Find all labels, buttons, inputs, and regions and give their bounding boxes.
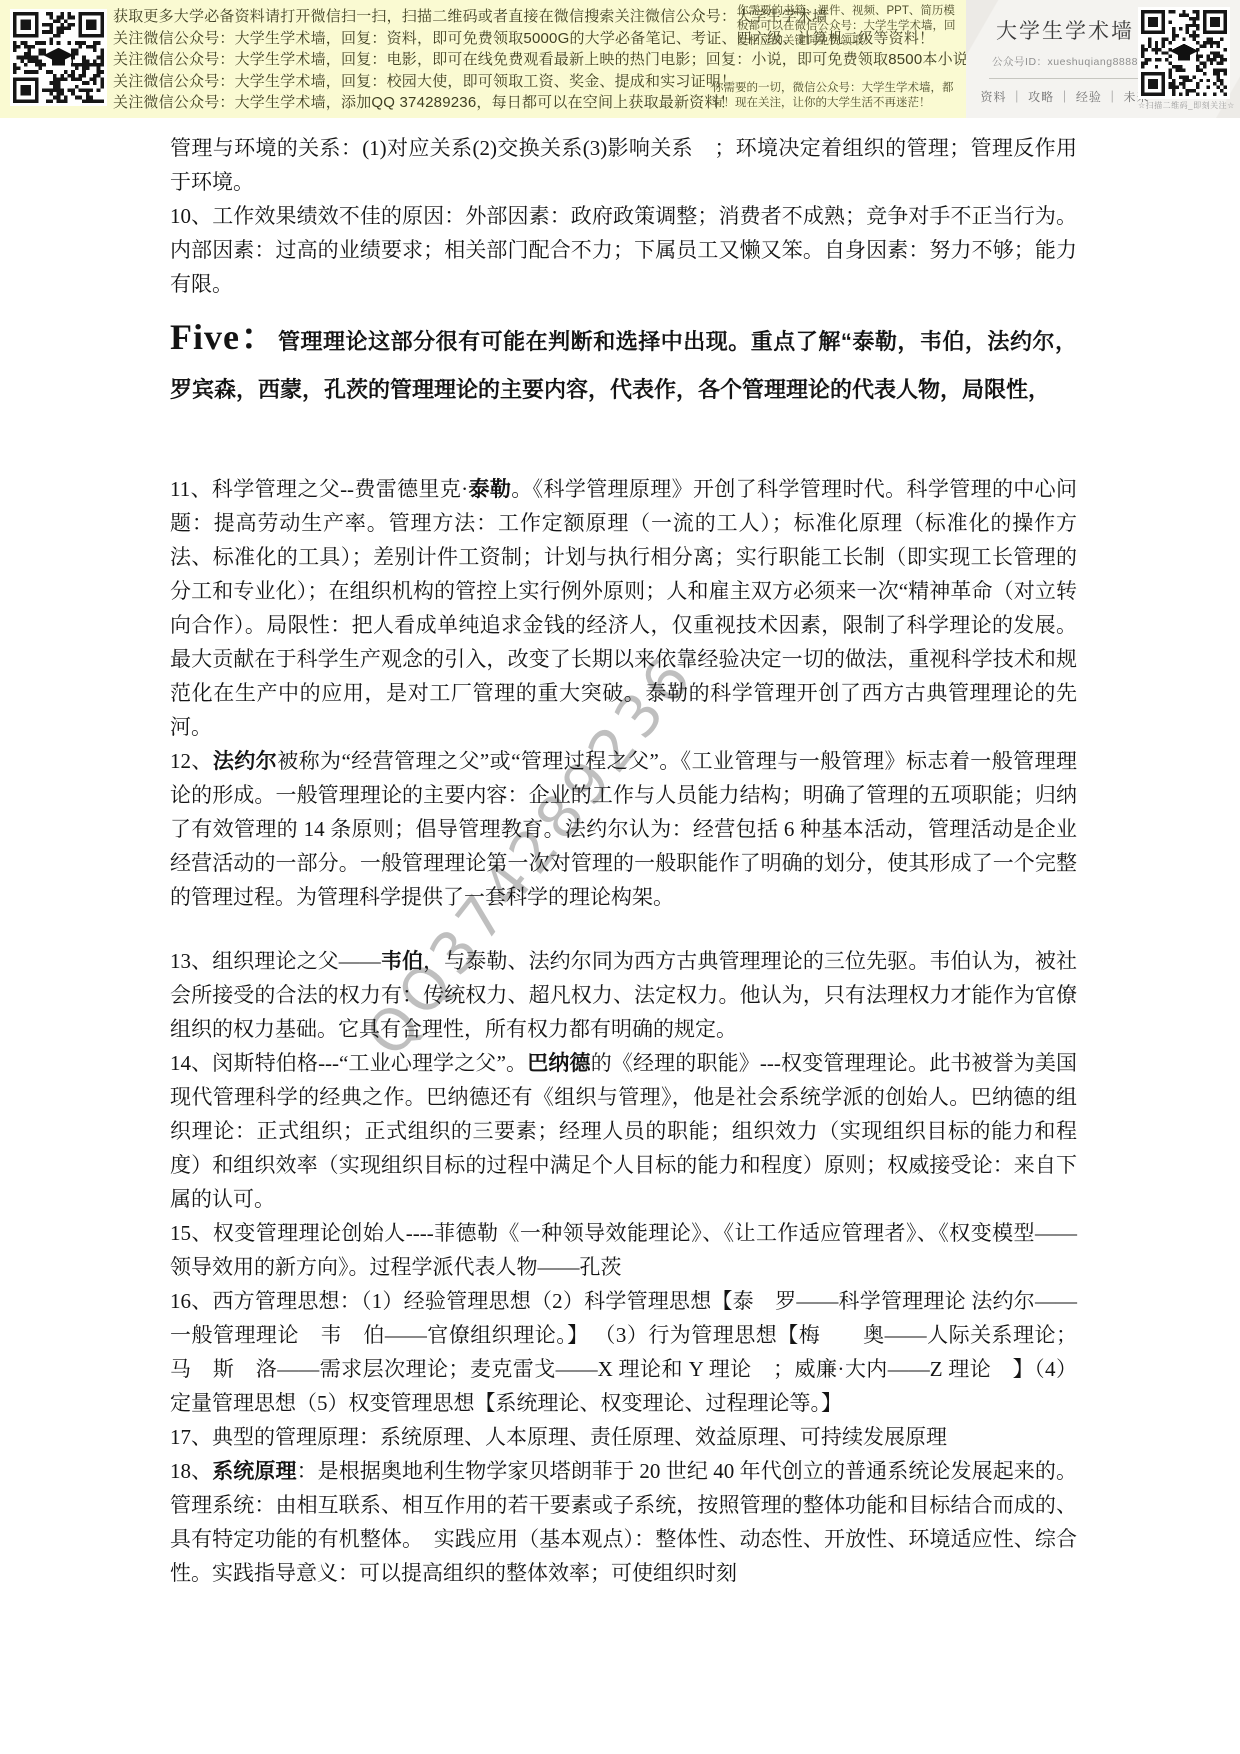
text-run: 12、: [170, 749, 213, 773]
text-run: 17、典型的管理原理：系统原理、人本原理、责任原理、效益原理、可持续发展原理: [170, 1425, 947, 1449]
document-page: 获取更多大学必备资料请打开微信扫一扫，扫描二维码或者直接在微信搜索关注微信公众号…: [0, 0, 1240, 1754]
paragraph: 12、法约尔被称为“经营管理之父”或“管理过程之父”。《工业管理与一般管理》标志…: [170, 744, 1077, 914]
text-run: 10、工作效果绩效不佳的原因：外部因素：政府政策调整；消费者不成熟；竞争对手不正…: [170, 204, 1077, 296]
paragraph: 10、工作效果绩效不佳的原因：外部因素：政府政策调整；消费者不成熟；竞争对手不正…: [170, 199, 1077, 301]
paragraph: 11、科学管理之父--费雷德里克·泰勒。《科学管理原理》开创了科学管理时代。科学…: [170, 472, 1077, 744]
text-run: 系统原理: [212, 1459, 296, 1483]
text-run: 14、闵斯特伯格---“工业心理学之父”。: [170, 1051, 527, 1075]
text-run: 13、组织理论之父——: [170, 949, 381, 973]
text-run: 管理与环境的关系：(1)对应关系(2)交换关系(3)影响关系 ；环境决定着组织的…: [170, 136, 1077, 194]
paragraph: 管理与环境的关系：(1)对应关系(2)交换关系(3)影响关系 ；环境决定着组织的…: [170, 131, 1077, 199]
text-run: 16、西方管理思想：（1）经验管理思想（2）科学管理思想【泰 罗——科学管理理论…: [170, 1289, 1077, 1415]
text-run: 被称为“经营管理之父”或“管理过程之父”。《工业管理与一般管理》标志着一般管理理…: [170, 749, 1077, 909]
text-run: 管理理论这部分很有可能在判断和选择中出现。重点了解“泰勒，韦伯，法约尔，罗宾森，…: [170, 329, 1077, 402]
paragraph: 14、闵斯特伯格---“工业心理学之父”。巴纳德的《经理的职能》---权变管理理…: [170, 1046, 1077, 1216]
text-run: 11、科学管理之父--费雷德里克·: [170, 477, 468, 501]
section-heading-five: Five：管理理论这部分很有可能在判断和选择中出现。重点了解“泰勒，韦伯，法约尔…: [170, 313, 1077, 414]
paragraph: 15、权变管理理论创始人----菲德勒《一种领导效能理论》、《让工作适应管理者》…: [170, 1216, 1077, 1284]
text-run: 的《经理的职能》---权变管理理论。此书被誉为美国现代管理科学的经典之作。巴纳德…: [170, 1051, 1077, 1211]
paragraph: 16、西方管理思想：（1）经验管理思想（2）科学管理思想【泰 罗——科学管理理论…: [170, 1284, 1077, 1420]
paragraph: 17、典型的管理原理：系统原理、人本原理、责任原理、效益原理、可持续发展原理: [170, 1420, 1077, 1454]
text-run: 巴纳德: [527, 1051, 590, 1075]
text-run: ：是根据奥地利生物学家贝塔朗菲于 20 世纪 40 年代创立的普通系统论发展起来…: [170, 1459, 1077, 1585]
text-run: 法约尔: [213, 749, 277, 773]
paragraph: 13、组织理论之父——韦伯，与泰勒、法约尔同为西方古典管理理论的三位先驱。韦伯认…: [170, 944, 1077, 1046]
text-run: 18、: [170, 1459, 212, 1483]
text-run: 韦伯: [381, 949, 423, 973]
text-run: Five：: [170, 317, 278, 357]
text-run: 15、权变管理理论创始人----菲德勒《一种领导效能理论》、《让工作适应管理者》…: [170, 1221, 1077, 1279]
text-run: 泰勒: [468, 477, 511, 501]
paragraph: 18、系统原理：是根据奥地利生物学家贝塔朗菲于 20 世纪 40 年代创立的普通…: [170, 1454, 1077, 1590]
text-run: 。《科学管理原理》开创了科学管理时代。科学管理的中心问题：提高劳动生产率。管理方…: [170, 477, 1077, 739]
document-body: 管理与环境的关系：(1)对应关系(2)交换关系(3)影响关系 ；环境决定着组织的…: [0, 0, 1240, 1590]
